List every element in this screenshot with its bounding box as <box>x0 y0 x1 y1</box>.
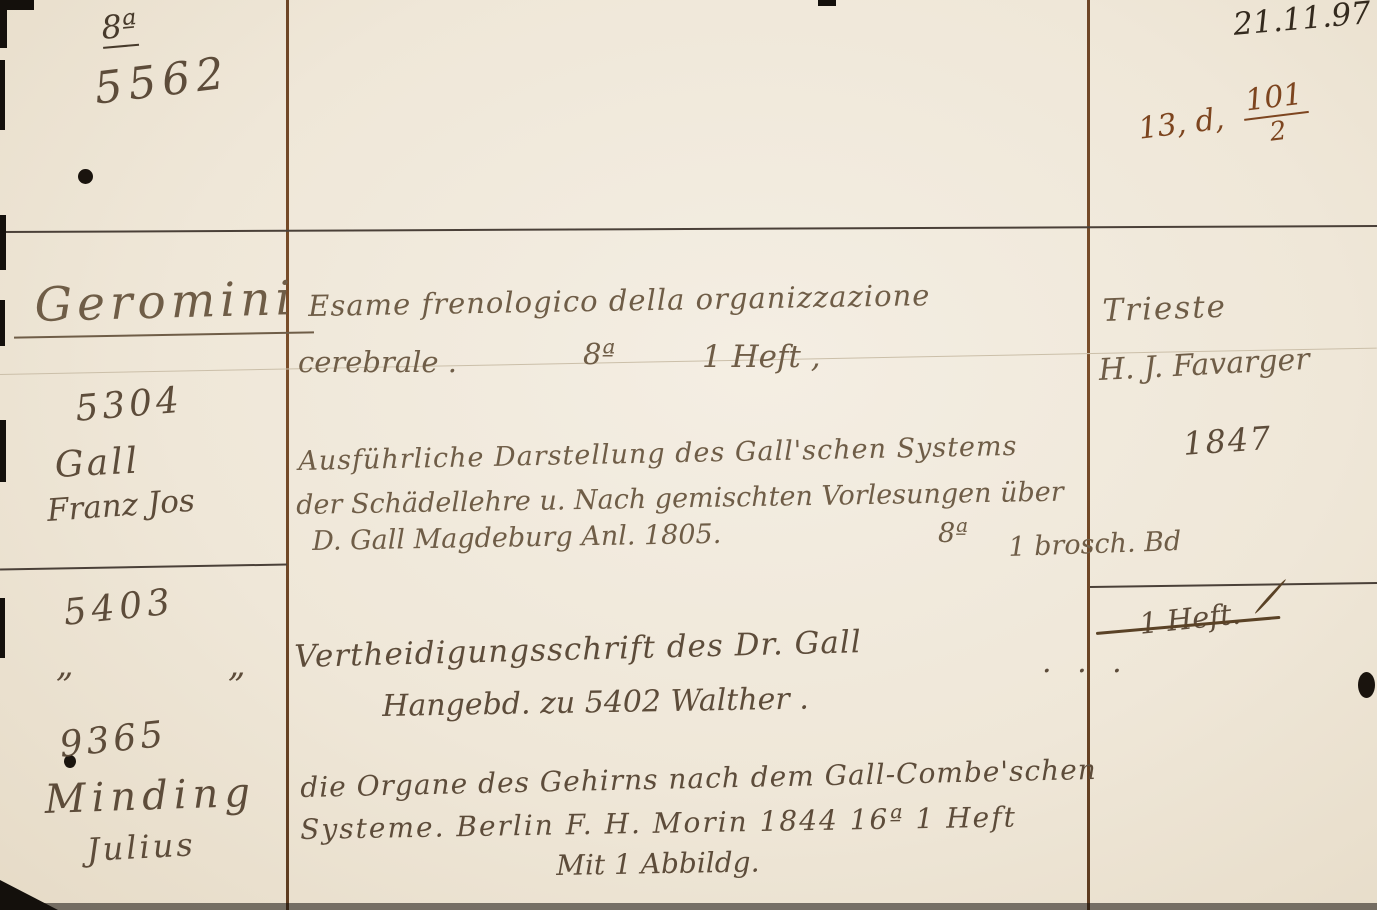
entry3-title-line1: Vertheidigungsschrift des Dr. Gall <box>294 627 862 673</box>
left-entry-separator <box>0 563 287 570</box>
punch-hole <box>78 169 93 184</box>
catalog-card: 8ª 5562 21.11.97 13, d, 101 2 Geromini E… <box>0 0 1377 910</box>
entry2-year: 1847 <box>1182 422 1273 460</box>
entry4-author: Minding <box>44 773 257 820</box>
header-corner-date: 21.11.97 <box>1232 0 1372 41</box>
edge-artifact <box>818 0 836 6</box>
header-format-note: 8ª <box>100 9 139 49</box>
edge-artifact <box>0 60 5 130</box>
entry1-extent: 1 Heft , <box>702 342 821 373</box>
header-accession-number: 5562 <box>92 51 232 111</box>
entry4-id: 9365 <box>58 717 169 764</box>
shelfmark-fraction: 101 2 <box>1240 79 1312 148</box>
entry1-place: Trieste <box>1102 292 1227 327</box>
column-rule-left <box>286 0 289 910</box>
entry2-extent: 1 brosch. Bd <box>1008 528 1182 561</box>
entry4-title-line3: Mit 1 Abbildg. <box>556 848 760 880</box>
edge-artifact <box>0 598 5 658</box>
header-rule <box>0 225 1377 233</box>
entry2-format: 8ª <box>938 520 968 547</box>
right-entry-separator <box>1090 582 1377 588</box>
entry1-author: Geromini <box>34 275 296 329</box>
entry3-trailing-dots: . . . <box>1042 648 1130 678</box>
entry1-publisher: H. J. Favarger <box>1098 345 1310 386</box>
entry2-title-line2: der Schädellehre u. Nach gemischten Vorl… <box>296 479 1064 519</box>
entry3-title-line2: Hangebd. zu 5402 Walther . <box>382 685 809 722</box>
edge-artifact <box>0 215 6 270</box>
entry4-title-line1: die Organe des Gehirns nach dem Gall-Com… <box>300 756 1097 802</box>
bottom-edge-shadow <box>40 903 1377 910</box>
header-shelfmark: 13, d, 101 2 <box>1135 79 1312 161</box>
entry1-author-underline <box>14 331 314 338</box>
shelfmark-prefix: 13, d, <box>1136 101 1226 146</box>
entry3-struck-extent: 1 Heft. <box>1138 599 1242 638</box>
entry1-format: 8ª <box>583 340 615 369</box>
edge-artifact <box>0 300 5 346</box>
entry2-author: Gall <box>54 444 141 484</box>
entry2-author-first: Franz Jos <box>46 486 196 527</box>
edge-artifact <box>0 420 6 482</box>
entry4-title-line2: Systeme. Berlin F. H. Morin 1844 16ª 1 H… <box>300 803 1017 844</box>
edge-artifact <box>0 0 34 10</box>
entry3-ditto-right: „ <box>228 648 246 682</box>
entry2-title-line1: Ausführliche Darstellung des Gall'schen … <box>298 433 1018 475</box>
entry2-id: 5304 <box>74 383 184 428</box>
entry1-title-line1: Esame frenologico della organizzazione <box>308 281 931 321</box>
entry2-title-line3: D. Gall Magdeburg Anl. 1805. <box>312 521 722 555</box>
entry1-title-line2: cerebrale . <box>298 348 457 377</box>
entry3-id: 5403 <box>62 584 177 631</box>
entry3-ditto-left: „ <box>56 648 74 682</box>
ink-blot-right-edge <box>1358 672 1375 698</box>
entry4-author-first: Julius <box>86 828 196 866</box>
